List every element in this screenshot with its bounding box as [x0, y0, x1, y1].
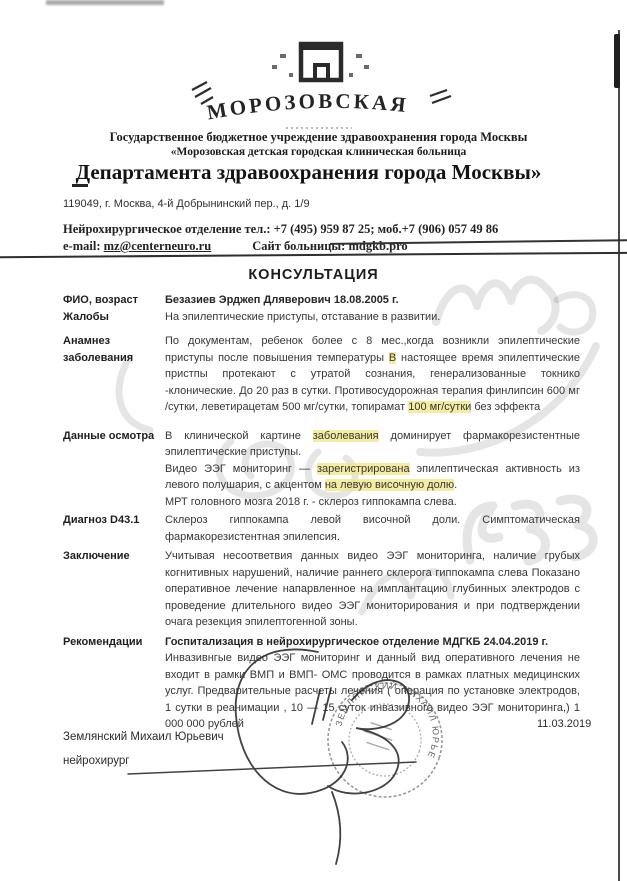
- row-label: Диагноз D43.1: [63, 512, 165, 545]
- document-title: КОНСУЛЬТАЦИЯ: [0, 267, 627, 283]
- dash-mark: [72, 184, 88, 187]
- email-label: e-mail:: [63, 239, 100, 253]
- paragraph: Безазиев Эрджеп Дляверович 18.08.2005 г.: [165, 292, 580, 309]
- org-line-2: «Морозовская детская городская клиническ…: [40, 146, 597, 158]
- row-rekomendacii: Рекомендации Госпитализация в нейрохирур…: [63, 634, 580, 733]
- document-page: МОРОЗОВСКАЯ Государственное бюджетное уч…: [0, 0, 627, 881]
- paragraph: МРТ головного мозга 2018 г. - склероз ги…: [165, 494, 580, 511]
- paragraph: По документам, ребенок более с 8 мес.,ко…: [165, 333, 580, 416]
- consultation-date: 11.03.2019: [537, 718, 591, 730]
- paragraph: Госпитализация в нейрохирургическое отде…: [165, 634, 580, 651]
- paragraph: Инвазивнгые видео ЭЭГ мониторинг и данны…: [165, 650, 580, 733]
- row-zaklyuchenie: Заключение Учитывая несоответвия данных …: [63, 548, 580, 631]
- row-label: ФИО, возраст: [63, 292, 165, 309]
- doctor-name: Землянский Михаил Юрьевич: [63, 731, 224, 743]
- hospital-logo: МОРОЗОВСКАЯ: [168, 34, 474, 132]
- department-phone-line: Нейрохирургическое отделение тел.: +7 (4…: [63, 222, 498, 237]
- email-value: mz@centerneuro.ru: [104, 239, 212, 253]
- row-label: Рекомендации: [63, 634, 165, 733]
- row-content: Склероз гиппокампа левой височной доли. …: [165, 512, 580, 545]
- row-content: На эпилептические приступы, отставание в…: [165, 309, 580, 326]
- row-anamnez: Анамнез заболевания По документам, ребен…: [63, 333, 580, 416]
- row-diagnoz: Диагноз D43.1 Склероз гиппокампа левой в…: [63, 512, 580, 545]
- row-label: Данные осмотра: [63, 428, 165, 511]
- contacts-line: e-mail: mz@centerneuro.ru Сайт больницы:…: [63, 239, 408, 254]
- paragraph: В клинической картине заболевания домини…: [165, 428, 580, 461]
- building-icon: [272, 42, 369, 80]
- consultation-body: ФИО, возраст Безазиев Эрджеп Дляверович …: [63, 292, 580, 733]
- svg-text:МОРОЗОВСКАЯ: МОРОЗОВСКАЯ: [205, 89, 410, 125]
- scan-edge-blob: [614, 34, 620, 88]
- paragraph: Склероз гиппокампа левой височной доли. …: [165, 512, 580, 545]
- row-content: В клинической картине заболевания домини…: [165, 428, 580, 511]
- logo-text: МОРОЗОВСКАЯ: [205, 89, 410, 125]
- paragraph: На эпилептические приступы, отставание в…: [165, 309, 580, 326]
- scan-top-smudge: [46, 0, 164, 5]
- row-fio: ФИО, возраст Безазиев Эрджеп Дляверович …: [63, 292, 580, 309]
- row-content: По документам, ребенок более с 8 мес.,ко…: [165, 333, 580, 416]
- org-line-3: Департамента здравоохранения города Моск…: [20, 160, 597, 185]
- org-line-1: Государственное бюджетное учреждение здр…: [40, 130, 597, 145]
- row-label: Заключение: [63, 548, 165, 631]
- site-label: Сайт больницы:: [252, 239, 345, 253]
- paragraph: Видео ЭЭГ мониторинг — зарегистрирована …: [165, 461, 580, 494]
- row-content: Безазиев Эрджеп Дляверович 18.08.2005 г.: [165, 292, 580, 309]
- scan-edge-line: [618, 30, 620, 881]
- paragraph: Учитывая несоответвия данных видео ЭЭГ м…: [165, 548, 580, 631]
- row-label: Жалобы: [63, 309, 165, 326]
- row-label: Анамнез заболевания: [63, 333, 165, 416]
- doctor-role: нейрохирург: [63, 755, 129, 767]
- row-zhaloby: Жалобы На эпилептические приступы, отста…: [63, 309, 580, 326]
- row-osmotr: Данные осмотра В клинической картине заб…: [63, 428, 580, 511]
- row-content: Госпитализация в нейрохирургическое отде…: [165, 634, 580, 733]
- address-line: 119049, г. Москва, 4-й Добрынинский пер.…: [63, 198, 310, 210]
- row-content: Учитывая несоответвия данных видео ЭЭГ м…: [165, 548, 580, 631]
